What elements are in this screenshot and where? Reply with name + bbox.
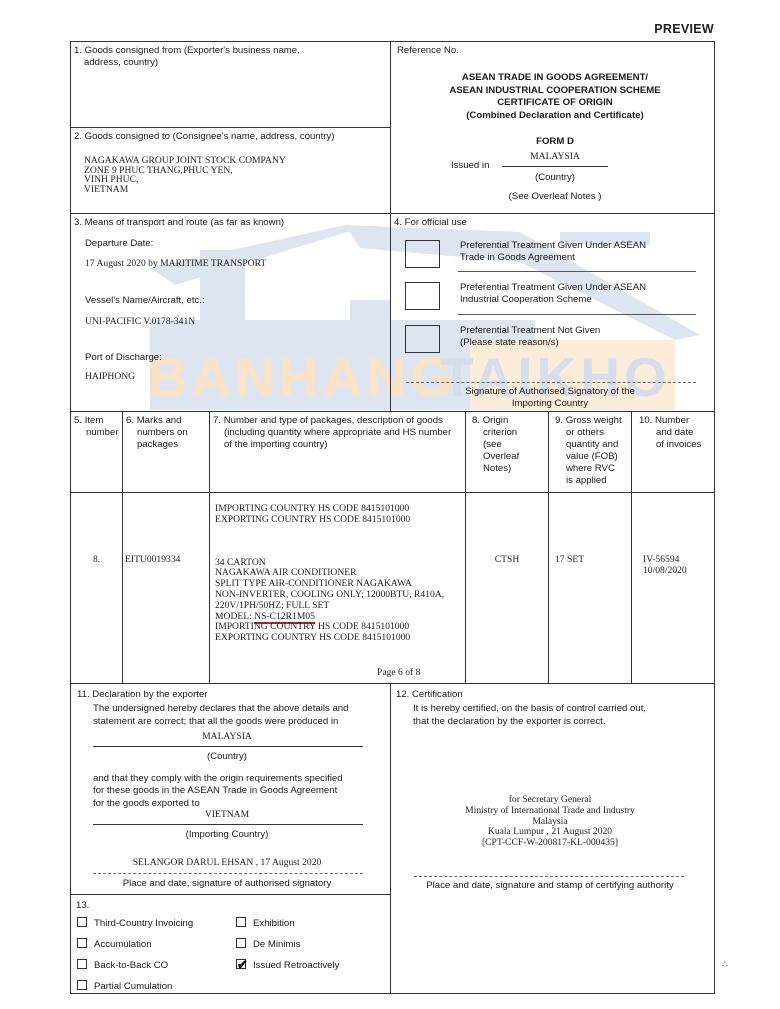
box1-title-line2: address, country)	[84, 57, 158, 69]
form-d-label: FORM D	[500, 136, 610, 148]
header-text: criterion	[472, 427, 546, 439]
option-line: Industrial Cooperation Scheme	[460, 294, 646, 306]
official-use-checkbox-2[interactable]	[405, 282, 440, 310]
text-line: that the declaration by the exporter is …	[413, 716, 646, 729]
header-text: Number and type of packages, description…	[224, 415, 443, 426]
checkbox[interactable]	[77, 938, 87, 948]
header-text: Marks and	[137, 415, 182, 426]
compliance-text: and that they comply with the origin req…	[93, 773, 343, 810]
issued-in-label: Issued in	[451, 160, 489, 172]
departure-label: Departure Date:	[85, 238, 153, 250]
certificate-heading: ASEAN TRADE IN GOODS AGREEMENT/ ASEAN IN…	[420, 72, 690, 122]
header-text: value (FOB)	[555, 451, 629, 463]
certification-text: It is hereby certified, on the basis of …	[413, 703, 646, 728]
box1-title-line1: 1. Goods consigned from (Exporter's busi…	[74, 45, 300, 57]
official-use-option-3: Preferential Treatment Not Given (Please…	[460, 325, 600, 349]
header-num: 8.	[472, 415, 480, 426]
option-line: (Please state reason/s)	[460, 337, 600, 349]
heading-line: CERTIFICATE OF ORIGIN	[420, 97, 690, 110]
option-line: Preferential Treatment Given Under ASEAN	[460, 282, 646, 294]
checkbox[interactable]	[77, 980, 87, 990]
header-text: where RVC	[555, 463, 629, 475]
text-line: for these goods in the ASEAN Trade in Go…	[93, 785, 343, 797]
importing-country-caption: (Importing Country)	[93, 829, 361, 841]
checkbox[interactable]	[236, 917, 246, 927]
option-label: Issued Retroactively	[253, 960, 339, 972]
option-label: Accumulation	[94, 939, 152, 951]
vessel-label: Vessel's Name/Aircraft, etc.:	[85, 295, 205, 307]
option-label: Exhibition	[253, 918, 295, 930]
reference-label: Reference No.	[397, 45, 459, 57]
header-num: 5.	[74, 415, 82, 426]
header-text: of the importing country)	[213, 439, 463, 451]
box2-title: 2. Goods consigned to (Consignee's name,…	[74, 131, 334, 143]
stray-mark: ∴	[722, 958, 728, 970]
header-num: 7.	[213, 415, 221, 426]
official-use-checkbox-1[interactable]	[405, 240, 440, 268]
checkbox-checked[interactable]: ✔	[236, 959, 246, 969]
authority-line: Ministry of International Trade and Indu…	[440, 806, 660, 817]
header-text: (including quantity where appropriate an…	[213, 427, 463, 439]
certifying-authority: for Secretary General Ministry of Intern…	[440, 795, 660, 849]
option-line: Preferential Treatment Not Given	[460, 325, 600, 337]
box11-title: 11. Declaration by the exporter	[77, 689, 207, 701]
header-text: Overleaf	[472, 451, 546, 463]
header-invoices: 10. Number and date of invoices	[639, 415, 713, 451]
header-num: 9.	[555, 415, 563, 426]
header-text: Number	[655, 415, 689, 426]
issued-in-value: MALAYSIA	[502, 151, 608, 162]
header-marks-numbers: 6. Marks and numbers on packages	[126, 415, 208, 451]
header-item-number: 5. Item number	[74, 415, 120, 439]
header-text: (see	[472, 439, 546, 451]
model-label: MODEL:	[215, 611, 254, 622]
caption-line: Importing Country	[430, 398, 670, 410]
description-line: EXPORTING COUNTRY HS CODE 8415101000	[215, 515, 444, 526]
heading-line: (Combined Declaration and Certificate)	[420, 110, 690, 123]
description-line: EXPORTING COUNTRY HS CODE 8415101000	[215, 633, 444, 644]
box4-title: 4. For official use	[394, 217, 467, 229]
text-line: The undersigned hereby declares that the…	[93, 703, 348, 716]
port-label: Port of Discharge:	[85, 352, 162, 364]
header-text: number	[74, 427, 120, 439]
header-gross-weight: 9. Gross weight or others quantity and v…	[555, 415, 629, 487]
heading-line: ASEAN TRADE IN GOODS AGREEMENT/	[420, 72, 690, 85]
marks-numbers: EITU0019334	[125, 554, 180, 565]
checkmark-icon: ✔	[237, 957, 248, 972]
option-label: Partial Cumulation	[94, 981, 172, 993]
goods-description: IMPORTING COUNTRY HS CODE 8415101000 EXP…	[215, 504, 444, 644]
official-use-option-1: Preferential Treatment Given Under ASEAN…	[460, 240, 646, 264]
header-text: numbers on	[126, 427, 208, 439]
consignee-line: VIETNAM	[84, 185, 286, 195]
header-text: packages	[126, 439, 208, 451]
declaration-text: The undersigned hereby declares that the…	[93, 703, 348, 728]
option-line: Trade in Goods Agreement	[460, 252, 646, 264]
text-line: statement are correct; that all the good…	[93, 716, 348, 729]
caption-line: Signature of Authorised Signatory of the	[430, 386, 670, 398]
header-origin-criterion: 8. Origin criterion (see Overleaf Notes)	[472, 415, 546, 475]
vessel-value: UNI-PACIFIC V.0178-341N	[85, 316, 195, 327]
header-num: 6.	[126, 415, 134, 426]
invoice-date: 10/08/2020	[643, 565, 687, 576]
option-label: De Minimis	[253, 939, 300, 951]
official-use-option-2: Preferential Treatment Given Under ASEAN…	[460, 282, 646, 306]
watermark-text-left: BANHANG	[148, 345, 457, 409]
header-description: 7. Number and type of packages, descript…	[213, 415, 463, 451]
exported-to-country: VIETNAM	[93, 809, 361, 820]
gross-weight: 17 SET	[555, 554, 584, 565]
overleaf-note: (See Overleaf Notes )	[480, 191, 630, 203]
option-label: Back-to-Back CO	[94, 960, 168, 972]
page-indicator: Page 6 of 8	[377, 667, 420, 678]
header-text: or others	[555, 427, 629, 439]
certifying-signature-caption: Place and date, signature and stamp of c…	[405, 880, 695, 892]
header-text: and date	[639, 427, 713, 439]
port-value: HAIPHONG	[85, 371, 135, 382]
checkbox[interactable]	[77, 917, 87, 927]
option-label: Third-Country Invoicing	[94, 918, 193, 930]
header-text: quantity and	[555, 439, 629, 451]
text-line: and that they comply with the origin req…	[93, 773, 343, 785]
issued-in-country-caption: (Country)	[502, 172, 608, 184]
authority-line: [CPT-CCF-W-200817-KL-000435]	[440, 838, 660, 849]
importing-signatory-caption: Signature of Authorised Signatory of the…	[430, 386, 670, 410]
preview-label: PREVIEW	[654, 22, 714, 36]
official-use-checkbox-3[interactable]	[405, 325, 440, 353]
header-text: is applied	[555, 475, 629, 487]
header-text: Gross weight	[566, 415, 622, 426]
box3-title: 3. Means of transport and route (as far …	[74, 217, 284, 229]
origin-criterion: CTSH	[466, 554, 548, 565]
header-text: Notes)	[472, 463, 546, 475]
invoice-number: IV-56594	[643, 554, 687, 565]
invoice-info: IV-56594 10/08/2020	[643, 554, 687, 576]
header-text: of invoices	[639, 439, 713, 451]
header-text: Origin	[483, 415, 509, 426]
box13-title: 13.	[76, 900, 89, 912]
header-num: 10.	[639, 415, 652, 426]
heading-line: ASEAN INDUSTRIAL COOPERATION SCHEME	[420, 85, 690, 98]
exporter-place-date: SELANGOR DARUL EHSAN , 17 August 2020	[93, 857, 361, 868]
country-caption: (Country)	[93, 751, 361, 763]
departure-value: 17 August 2020 by MARITIME TRANSPORT	[85, 258, 266, 269]
checkbox[interactable]	[77, 959, 87, 969]
consignee-address: NAGAKAWA GROUP JOINT STOCK COMPANY ZONE …	[84, 156, 286, 194]
box12-title: 12. Certification	[396, 689, 463, 701]
produced-in-country: MALAYSIA	[93, 731, 361, 742]
item-number: 8.	[93, 554, 100, 565]
header-text: Item	[85, 415, 104, 426]
option-line: Preferential Treatment Given Under ASEAN	[460, 240, 646, 252]
checkbox[interactable]	[236, 938, 246, 948]
exporter-signature-caption: Place and date, signature of authorised …	[93, 878, 361, 890]
text-line: It is hereby certified, on the basis of …	[413, 703, 646, 716]
